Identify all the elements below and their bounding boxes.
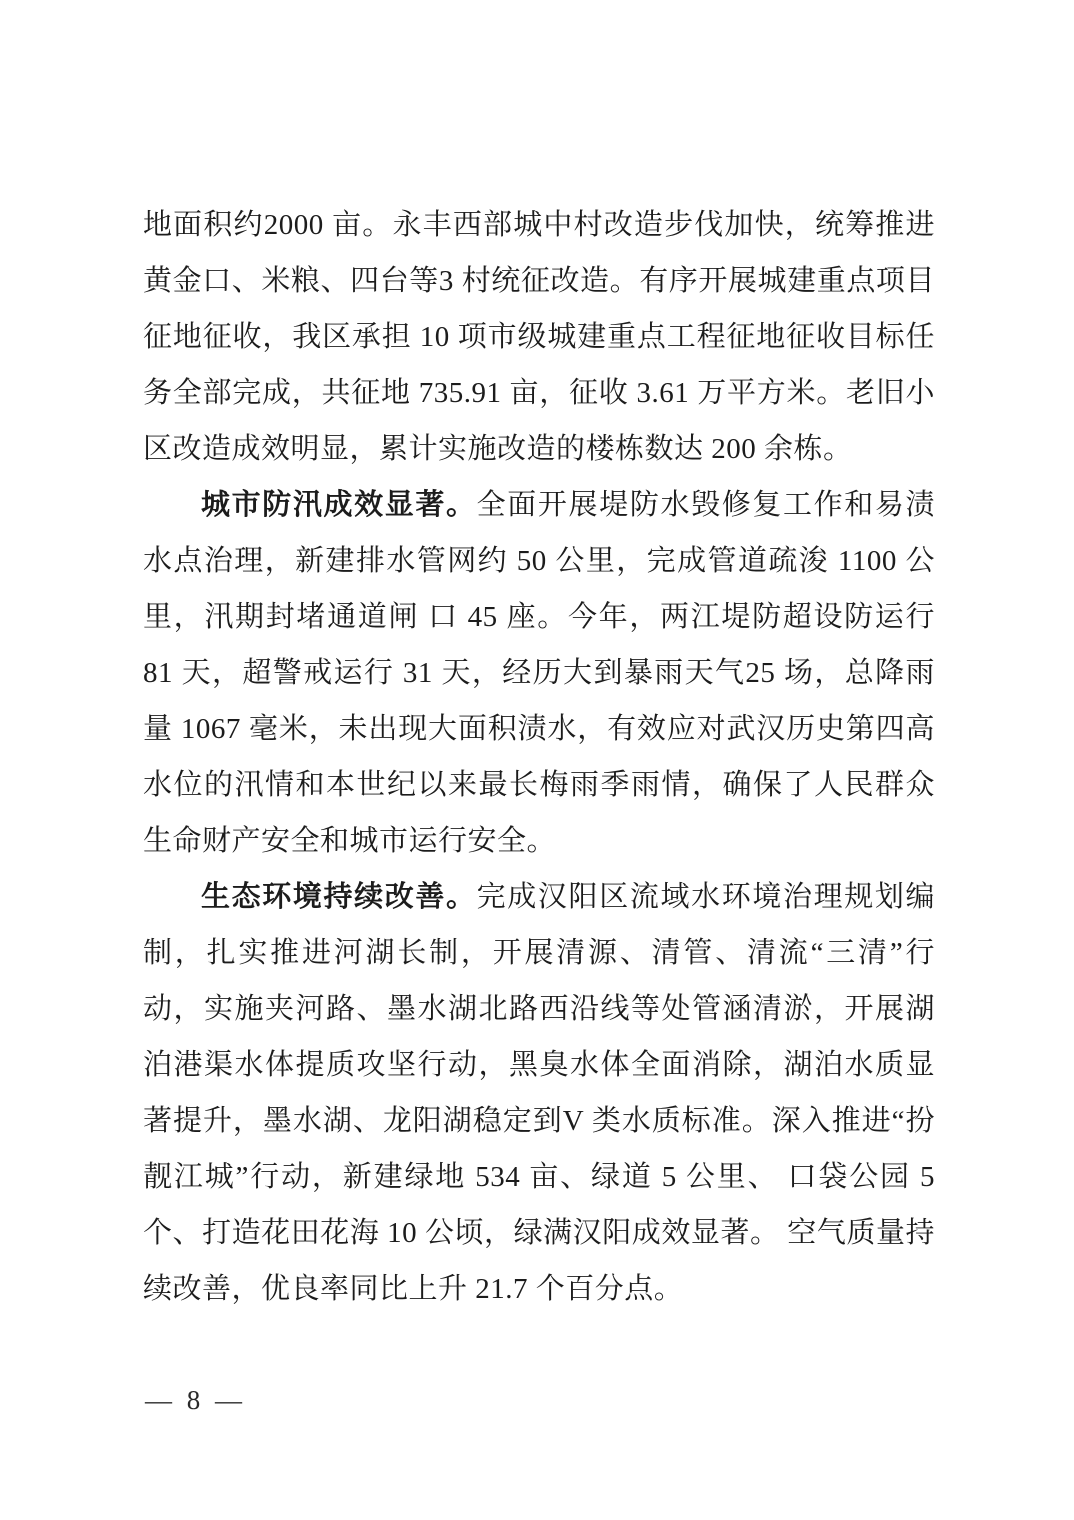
paragraph-lead: 生态环境持续改善。 [201,881,477,913]
document-page: 地面积约2000 亩。永丰西部城中村改造步伐加快，统筹推进黄金口、米粮、四台等3… [0,0,1074,1520]
paragraph: 城市防汛成效显著。全面开展堤防水毁修复工作和易渍水点治理，新建排水管网约 50 … [143,477,935,869]
paragraph-lead: 城市防汛成效显著。 [201,489,477,521]
paragraph-text: 地面积约2000 亩。永丰西部城中村改造步伐加快，统筹推进黄金口、米粮、四台等3… [143,209,935,465]
page-footer: — 8 — [145,1384,246,1416]
paragraph-text: 完成汉阳区流域水环境治理规划编制，扎实推进河湖长制，开展清源、清管、清流“三清”… [143,881,935,1305]
page-body: 地面积约2000 亩。永丰西部城中村改造步伐加快，统筹推进黄金口、米粮、四台等3… [143,197,935,1317]
page-number: — 8 — [145,1385,246,1415]
paragraph: 地面积约2000 亩。永丰西部城中村改造步伐加快，统筹推进黄金口、米粮、四台等3… [143,197,935,477]
paragraph-text: 全面开展堤防水毁修复工作和易渍水点治理，新建排水管网约 50 公里，完成管道疏浚… [143,489,935,857]
paragraph: 生态环境持续改善。完成汉阳区流域水环境治理规划编制，扎实推进河湖长制，开展清源、… [143,869,935,1317]
